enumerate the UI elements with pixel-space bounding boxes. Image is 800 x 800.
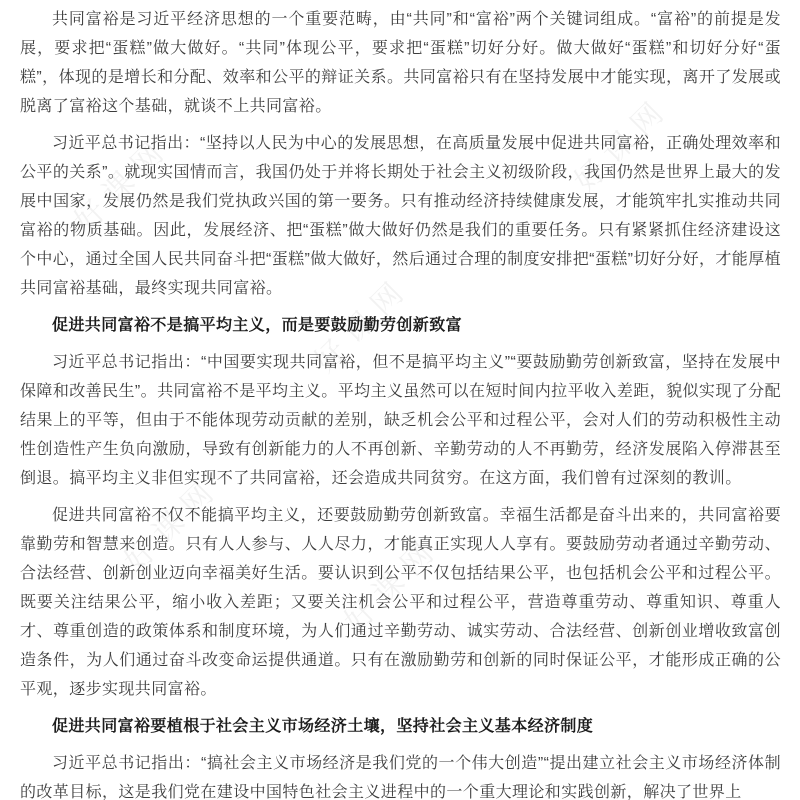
paragraph-egalitarianism-critique: 习近平总书记指出：“中国要实现共同富裕，但不是搞平均主义”“要鼓励勤劳创新致富，… <box>20 348 781 493</box>
section-heading-market-economy: 促进共同富裕要植根于社会主义市场经济土壤，坚持社会主义基本经济制度 <box>20 712 781 741</box>
section-heading-not-egalitarianism: 促进共同富裕不是搞平均主义，而是要鼓励勤劳创新致富 <box>20 311 781 340</box>
paragraph-intro: 共同富裕是习近平经济思想的一个重要范畴，由“共同”和“富裕”两个关键词组成。“富… <box>20 5 781 121</box>
paragraph-quote-development: 习近平总书记指出：“坚持以人民为中心的发展思想，在高质量发展中促进共同富裕，正确… <box>20 129 781 303</box>
paragraph-market-economy-quote: 习近平总书记指出：“搞社会主义市场经济是我们党的一个伟大创造”“提出建立社会主义… <box>20 749 781 800</box>
article-body: 共同富裕是习近平经济思想的一个重要范畴，由“共同”和“富裕”两个关键词组成。“富… <box>0 0 800 800</box>
paragraph-encourage-hard-work: 促进共同富裕不仅不能搞平均主义，还要鼓励勤劳创新致富。幸福生活都是奋斗出来的，共… <box>20 501 781 704</box>
document-page: { "page": { "background_color": "#ffffff… <box>0 0 800 800</box>
